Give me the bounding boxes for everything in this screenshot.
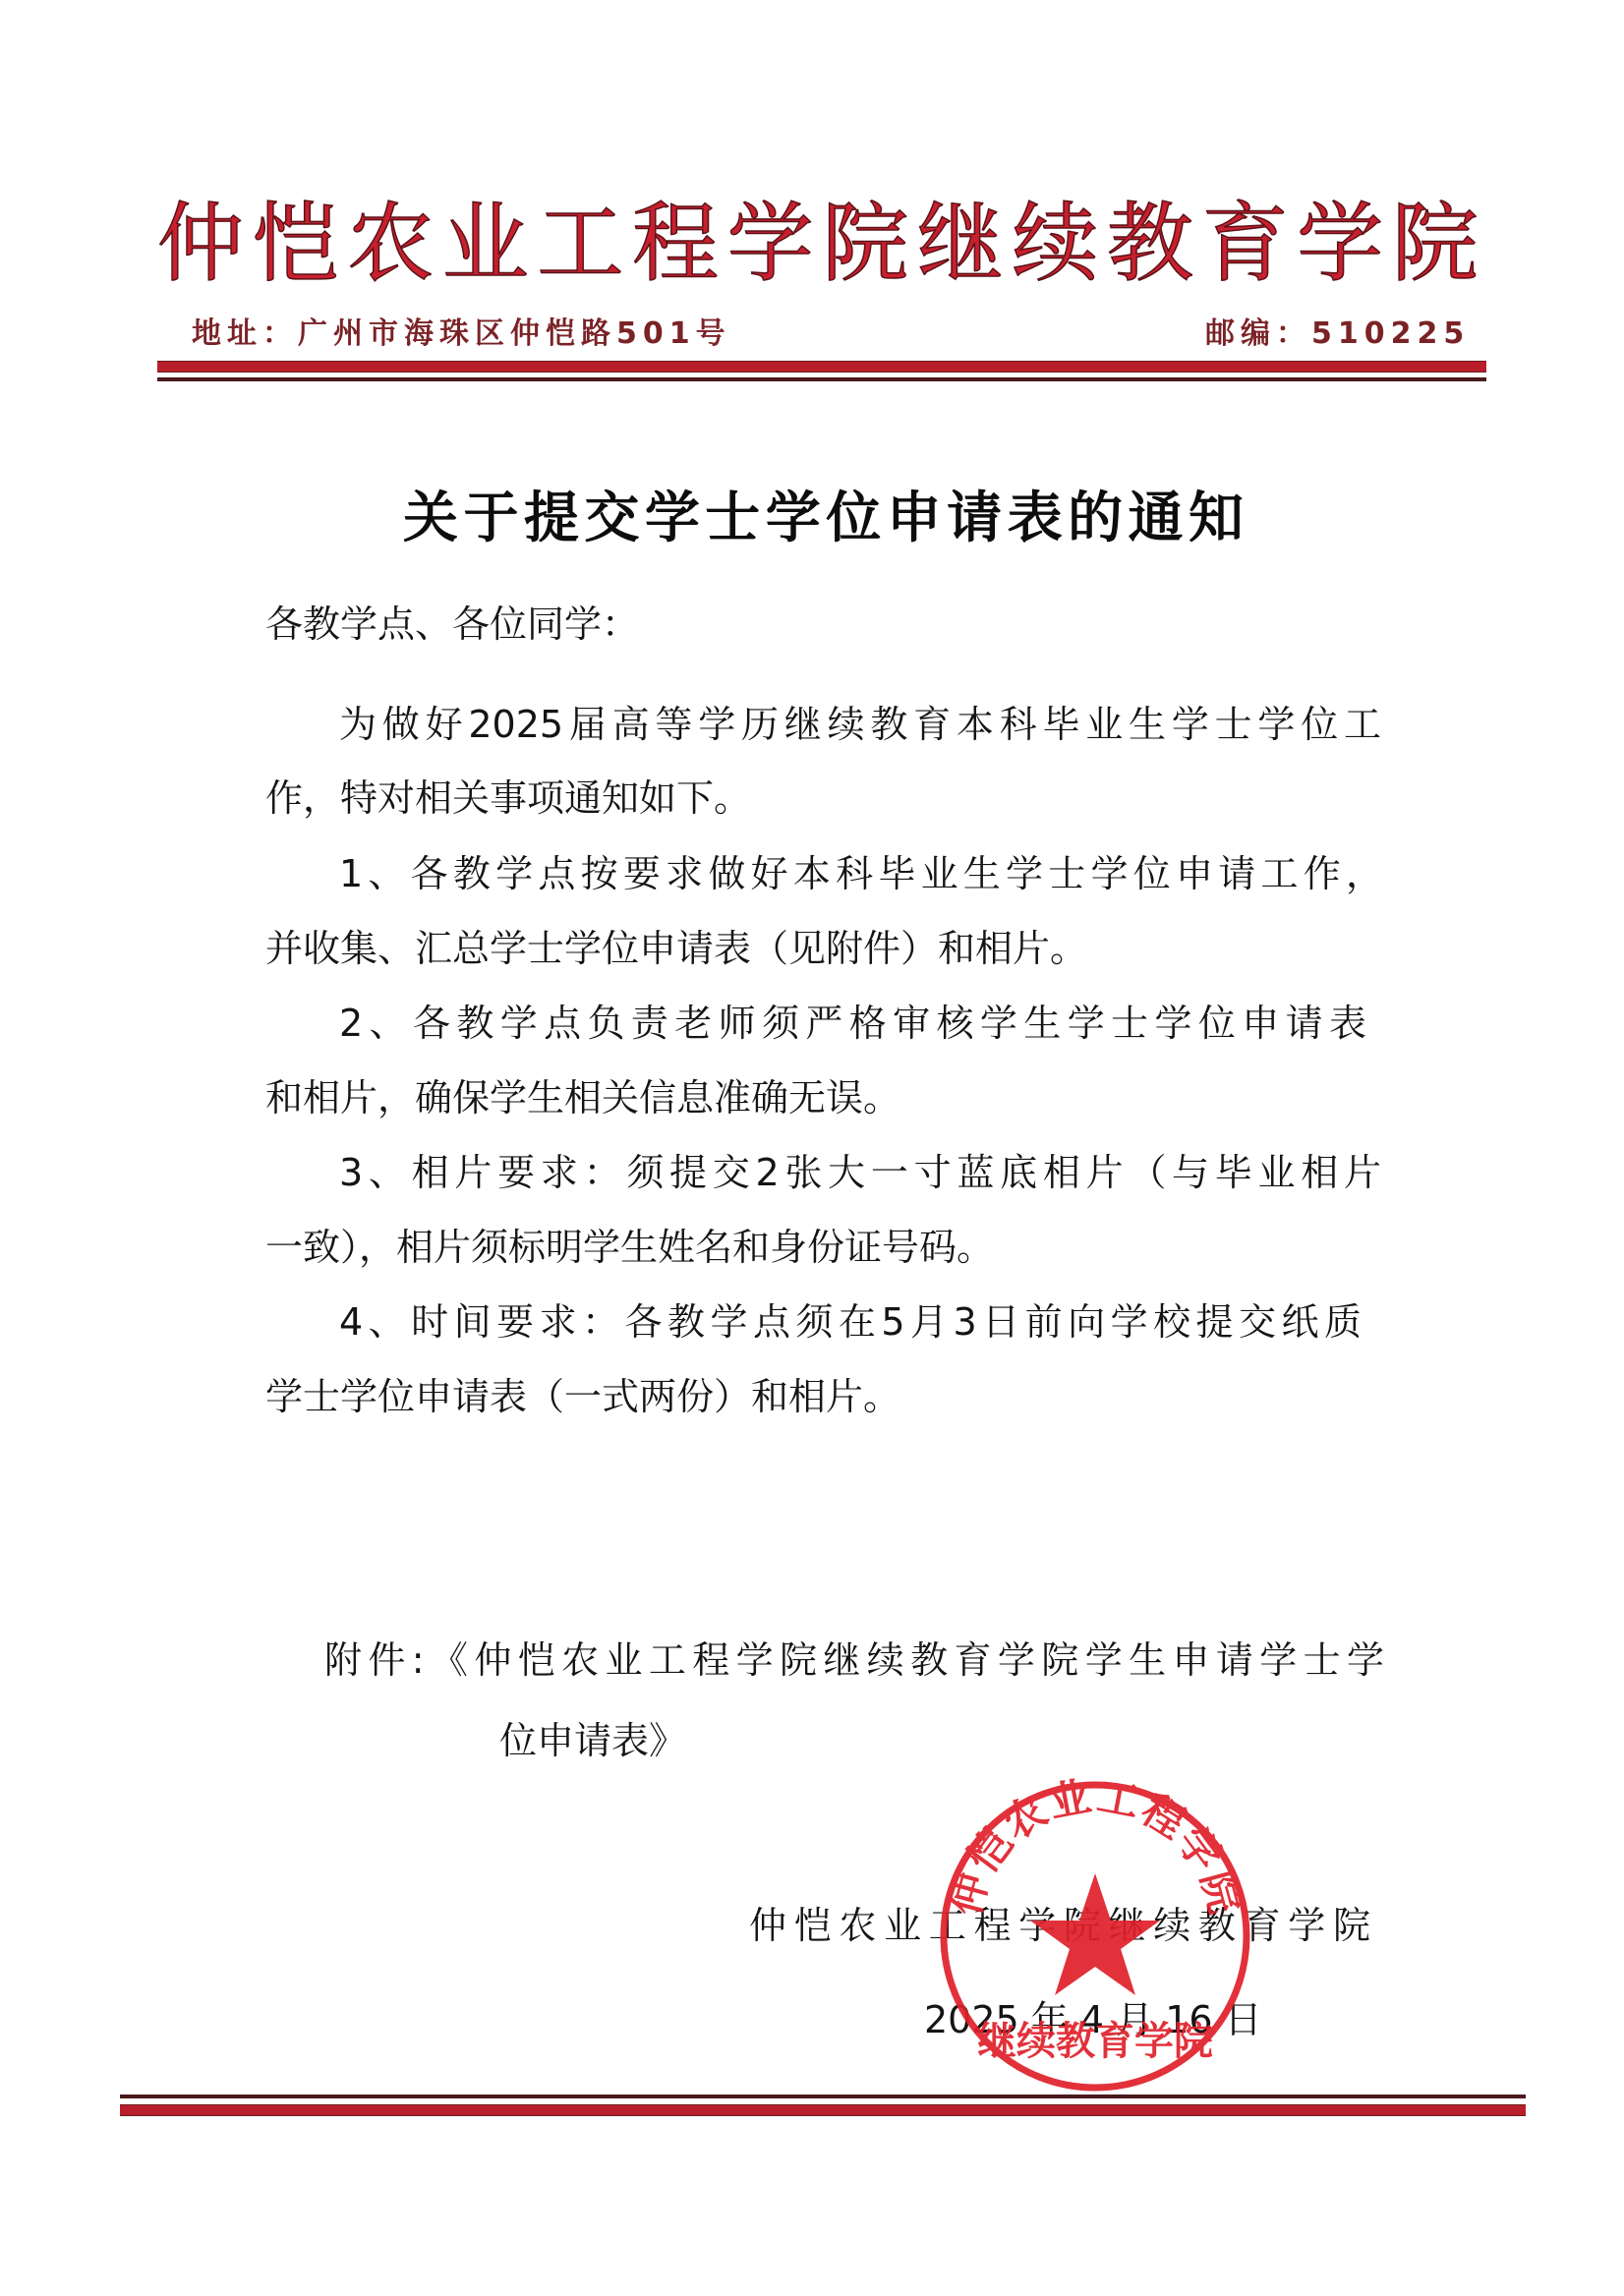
item-1-line-1: 1、各教学点按要求做好本科毕业生学士学位申请工作，: [339, 849, 1383, 898]
address-value: 广州市海珠区仲恺路501号: [298, 316, 731, 351]
letterhead-org-name: 仲恺农业工程学院继续教育学院: [157, 193, 1486, 295]
intro-line-2: 作，特对相关事项通知如下。: [265, 774, 751, 823]
letterhead-address: 地址：广州市海珠区仲恺路501号: [192, 315, 731, 354]
item-4-line-2: 学士学位申请表（一式两份）和相片。: [265, 1372, 900, 1421]
salutation: 各教学点、各位同学：: [265, 600, 639, 649]
item-1-line-2: 并收集、汇总学士学位申请表（见附件）和相片。: [265, 924, 1087, 973]
letterhead-rule-thick: [157, 361, 1486, 373]
attachment-line-2: 位申请表》: [499, 1716, 686, 1765]
signature-date: 2025 年 4 月 16 日: [924, 1995, 1262, 2044]
item-3-line-2: 一致），相片须标明学生姓名和身份证号码。: [265, 1223, 994, 1272]
letterhead-postcode: 邮编：510225: [1205, 315, 1470, 354]
postcode-value: 510225: [1311, 316, 1470, 351]
notice-title: 关于提交学士学位申请表的通知: [403, 486, 1244, 550]
item-4-line-1: 4、时间要求：各教学点须在5月3日前向学校提交纸质: [339, 1297, 1362, 1347]
attachment-line-1: 附件:《仲恺农业工程学院继续教育学院学生申请学士学: [324, 1636, 1384, 1685]
address-label: 地址：: [192, 316, 298, 351]
seal-top-text: 仲恺农业工程学院: [941, 1777, 1250, 1921]
intro-line-1: 为做好2025届高等学历继续教育本科毕业生学士学位工: [339, 700, 1381, 749]
footer-rule-thick: [120, 2104, 1526, 2116]
signature-org: 仲恺农业工程学院继续教育学院: [749, 1901, 1370, 1950]
item-2-line-1: 2、各教学点负责老师须严格审核学生学士学位申请表: [339, 999, 1366, 1048]
letterhead-rule-thin: [157, 377, 1486, 381]
item-2-line-2: 和相片，确保学生相关信息准确无误。: [265, 1073, 900, 1122]
item-3-line-1: 3、相片要求：须提交2张大一寸蓝底相片（与毕业相片: [339, 1148, 1381, 1197]
footer-rule-thin: [120, 2095, 1526, 2098]
postcode-label: 邮编：: [1205, 316, 1311, 351]
